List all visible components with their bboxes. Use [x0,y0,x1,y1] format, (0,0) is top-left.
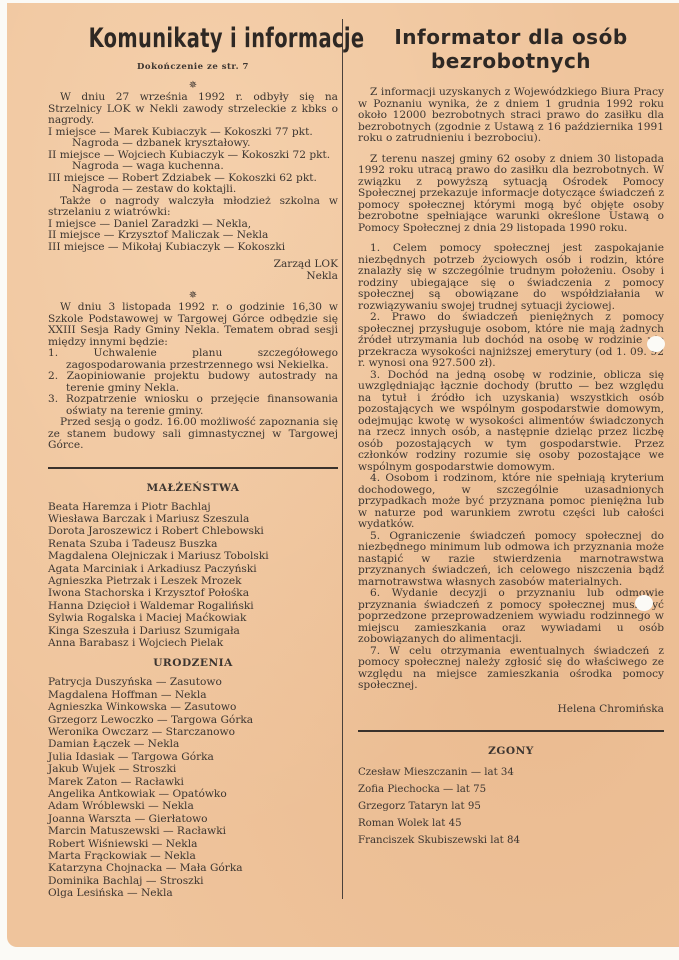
list-item: Julia Idasiak — Targowa Górka [48,751,338,763]
list-item: Agnieszka Pietrzak i Leszek Mrozek [48,575,338,587]
list-item: Renata Szuba i Tadeusz Buszka [48,538,338,550]
list-item: Weronika Owczarz — Starczanowo [48,726,338,738]
lok-intro: W dniu 27 września 1992 r. odbyły się na… [48,92,338,127]
list-item: Marek Zaton — Racławki [48,776,338,788]
result-line: Nagroda — zestaw do koktajli. [48,184,338,196]
list-item: Magdalena Olejniczak i Mariusz Tobolski [48,550,338,562]
marriages-section: MAŁŻEŃSTWA Beata Haremza i Piotr Bachlaj… [48,482,338,650]
paper-hole [635,595,653,611]
list-item: Joanna Warszta — Gierłatowo [48,813,338,825]
article-title-line-1: Informator dla osób [358,25,664,49]
benefit-point: 3. Dochód na jedną osobę w rodzinie, obl… [358,370,664,474]
list-item: Adam Wróblewski — Nekla [48,800,338,812]
section-rule [48,467,338,469]
deaths-list: Czesław Mieszczanin — lat 34Zofia Piecho… [358,764,664,849]
list-item: Czesław Mieszczanin — lat 34 [358,764,664,781]
column-divider [342,19,343,899]
agenda-item: 1. Uchwalenie planu szczegółowego zagosp… [48,348,338,371]
deaths-heading: ZGONY [358,745,664,757]
result-line: Nagroda — waga kuchenna. [48,161,338,173]
marriages-heading: MAŁŻEŃSTWA [48,482,338,494]
births-section: URODZENIA Patrycja Duszyńska — ZasutowoM… [48,657,338,899]
star-separator-icon: ✵ [48,81,338,91]
left-column: Komunikaty i informacje Dokończenie ze s… [48,3,338,900]
author-signature: Helena Chromińska [358,704,664,716]
list-item: Jakub Wujek — Stroszki [48,763,338,775]
births-heading: URODZENIA [48,657,338,669]
list-item: Iwona Stachorska i Krzysztof Połośka [48,587,338,599]
agenda-item: 2. Zaopiniowanie projektu budowy autostr… [48,371,338,394]
benefit-point: 2. Prawo do świadczeń pieniężnych z pomo… [358,312,664,370]
benefit-points: 1. Celem pomocy społecznej jest zaspokaj… [358,243,664,692]
lok-results: I miejsce — Marek Kubiaczyk — Kokoszki 7… [48,127,338,196]
list-item: Franciszek Skubiszewski lat 84 [358,832,664,849]
list-item: Hanna Dzięcioł i Waldemar Rogaliński [48,600,338,612]
lok-signature: Zarząd LOK [48,259,338,271]
star-separator-icon: ✵ [48,291,338,301]
article-title: Informator dla osób bezrobotnych [358,25,664,73]
benefit-point: 7. W celu otrzymania ewentualnych świadc… [358,646,664,692]
list-item: Dominika Bachlaj — Stroszki [48,875,338,887]
list-item: Zofia Piechocka — lat 75 [358,781,664,798]
page-title: Komunikaty i informacje [89,23,298,54]
benefit-point: 1. Celem pomocy społecznej jest zaspokaj… [358,243,664,312]
list-item: Kinga Szeszuła i Dariusz Szumigała [48,625,338,637]
benefit-point: 5. Ograniczenie świadczeń pomocy społecz… [358,531,664,589]
lok-shooting-article: W dniu 27 września 1992 r. odbyły się na… [48,92,338,282]
youth-result-line: III miejsce — Mikołaj Kubiaczyk — Kokosz… [48,242,338,254]
list-item: Beata Haremza i Piotr Bachlaj [48,501,338,513]
lok-signature-place: Nekla [48,271,338,283]
session-intro: W dniu 3 listopada 1992 r. o godzinie 16… [48,302,338,348]
benefit-point: 4. Osobom i rodzinom, które nie spełniaj… [358,473,664,531]
list-item: Angelika Antkowiak — Opatówko [48,788,338,800]
list-item: Damian Łączek — Nekla [48,738,338,750]
council-session-article: W dniu 3 listopada 1992 r. o godzinie 16… [48,302,338,452]
list-item: Grzegorz Tataryn lat 95 [358,798,664,815]
list-item: Wiesława Barczak i Mariusz Szeszula [48,513,338,525]
deaths-section: ZGONY Czesław Mieszczanin — lat 34Zofia … [358,745,664,849]
list-item: Agata Marciniak i Arkadiusz Paczyński [48,563,338,575]
list-item: Dorota Jaroszewicz i Robert Chlebowski [48,525,338,537]
list-item: Patrycja Duszyńska — Zasutowo [48,676,338,688]
list-item: Agnieszka Winkowska — Zasutowo [48,701,338,713]
list-item: Katarzyna Chojnacka — Mała Górka [48,862,338,874]
marriages-list: Beata Haremza i Piotr BachlajWiesława Ba… [48,501,338,650]
article-title-line-2: bezrobotnych [358,49,664,73]
list-item: Roman Wolek lat 45 [358,815,664,832]
births-list: Patrycja Duszyńska — ZasutowoMagdalena H… [48,676,338,899]
list-item: Grzegorz Lewoczko — Targowa Górka [48,714,338,726]
session-outro: Przed sesją o godz. 16.00 możliwość zapo… [48,417,338,452]
section-rule [358,730,664,732]
list-item: Olga Lesińska — Nekla [48,887,338,899]
list-item: Sylwia Rogalska i Maciej Maćkowiak [48,612,338,624]
result-line: Nagroda — dzbanek kryształowy. [48,138,338,150]
continuation-note: Dokończenie ze str. 7 [48,62,338,72]
youth-results: I miejsce — Daniel Zaradzki — Nekla,II m… [48,219,338,254]
list-item: Marta Frąckowiak — Nekla [48,850,338,862]
intro-paragraph: Z terenu naszej gminy 62 osoby z dniem 3… [358,154,664,235]
list-item: Magdalena Hoffman — Nekla [48,689,338,701]
list-item: Anna Barabasz i Wojciech Pielak [48,637,338,649]
agenda-item: 3. Rozpatrzenie wniosku o przejęcie fina… [48,394,338,417]
youth-result-line: II miejsce — Krzysztof Maliczak — Nekla [48,230,338,242]
list-item: Robert Wiśniewski — Nekla [48,838,338,850]
list-item: Marcin Matuszewski — Racławki [48,825,338,837]
intro-paragraph: Z informacji uzyskanych z Wojewódzkiego … [358,87,664,145]
newspaper-page: Komunikaty i informacje Dokończenie ze s… [7,3,679,947]
right-column: Informator dla osób bezrobotnych Z infor… [358,3,664,849]
session-agenda: 1. Uchwalenie planu szczegółowego zagosp… [48,348,338,417]
youth-intro: Także o nagrody walczyła młodzież szkoln… [48,196,338,219]
paper-hole [647,336,665,352]
benefit-point: 6. Wydanie decyzji o przyznaniu lub odmo… [358,588,664,646]
